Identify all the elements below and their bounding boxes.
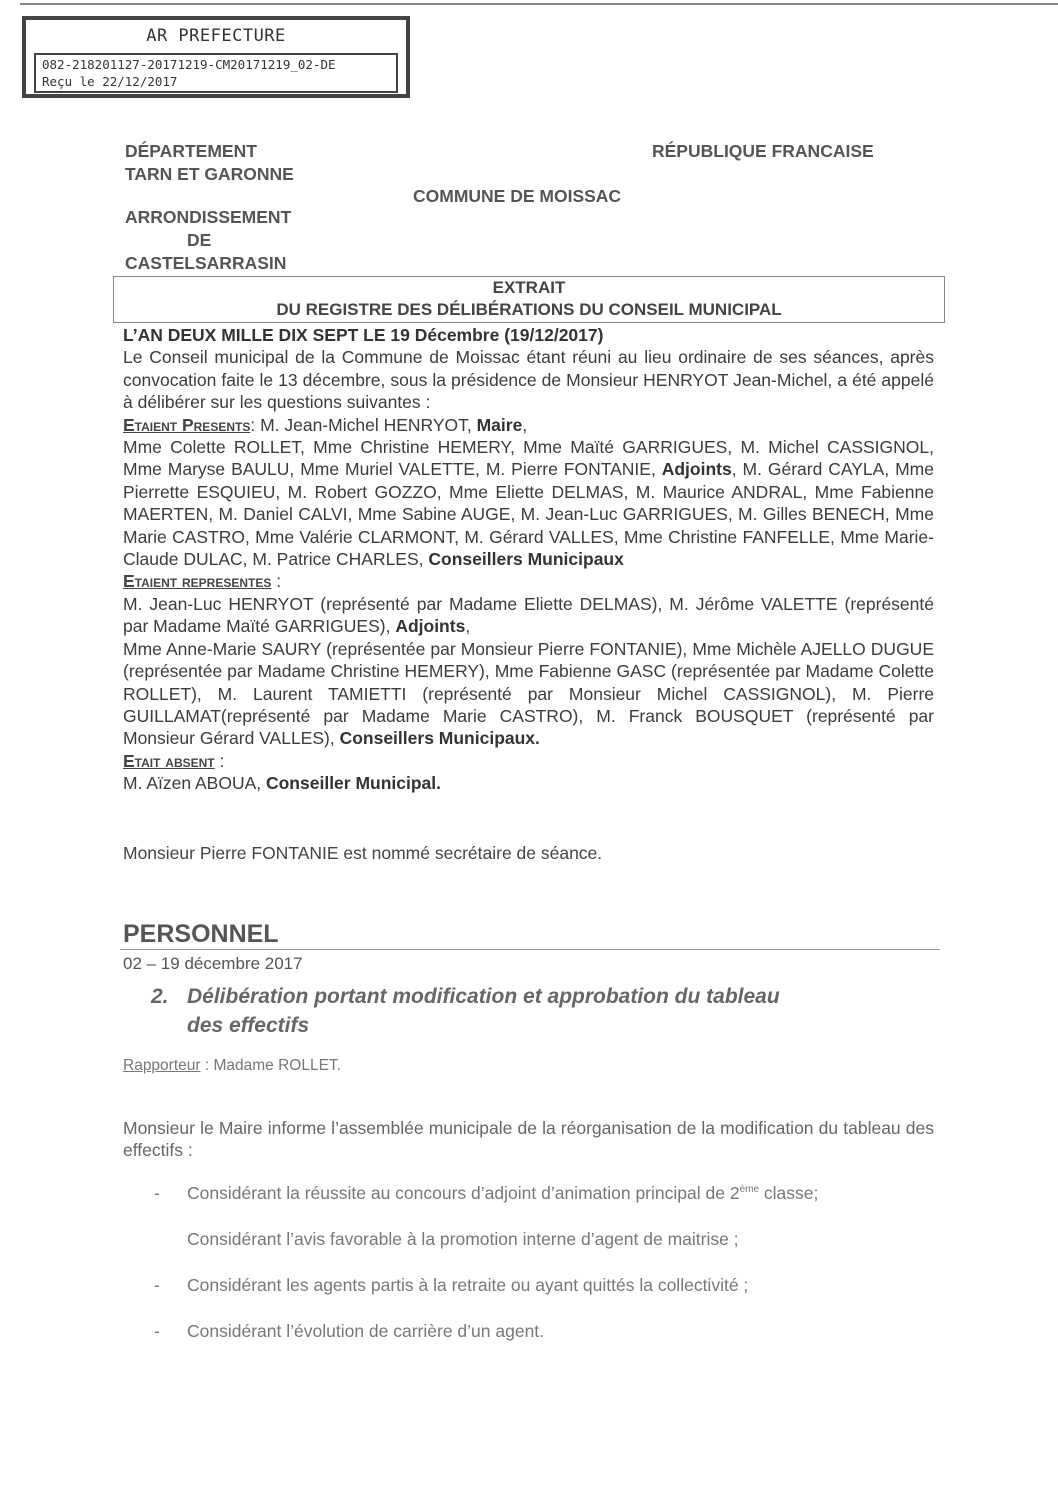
- representes-label: Etaient representes: [123, 571, 271, 591]
- arrondissement-block: ARRONDISSEMENT DE CASTELSARRASIN: [125, 206, 291, 275]
- absent-entry: M. Aïzen ABOUA, Conseiller Municipal.: [123, 772, 934, 794]
- absent-name: M. Aïzen ABOUA,: [123, 773, 266, 793]
- departement-block: DÉPARTEMENT TARN ET GARONNE: [125, 140, 294, 186]
- deliberation-title-line2: des effectifs: [151, 1011, 934, 1040]
- secretary-statement: Monsieur Pierre FONTANIE est nommé secré…: [123, 843, 602, 864]
- mayor-name: M. Jean-Michel HENRYOT,: [260, 415, 477, 435]
- conseillers-title: Conseillers Municipaux: [428, 549, 623, 569]
- departement-name: TARN ET GARONNE: [125, 163, 294, 186]
- presents-paragraph: Etaient Presents: M. Jean-Michel HENRYOT…: [123, 414, 934, 436]
- session-intro: Le Conseil municipal de la Commune de Mo…: [123, 346, 934, 413]
- absent-label: Etait absent: [123, 751, 215, 771]
- deliberation-title-line1: Délibération portant modification et app…: [187, 985, 780, 1008]
- representes-paragraph: Etaient representes :: [123, 570, 934, 592]
- list-item: -Considérant la réussite au concours d’a…: [123, 1183, 818, 1204]
- departement-label: DÉPARTEMENT: [125, 140, 294, 163]
- representes-conseillers: Mme Anne-Marie SAURY (représentée par Mo…: [123, 638, 934, 750]
- bullet-dash: -: [123, 1183, 187, 1204]
- bullet-dash: -: [123, 1321, 187, 1342]
- deliberation-number: 2.: [151, 982, 187, 1011]
- commune-heading: COMMUNE DE MOISSAC: [413, 185, 621, 208]
- representes-adjoints-title: Adjoints: [395, 616, 465, 636]
- scan-top-edge: [20, 3, 1058, 5]
- representes-adjoints: M. Jean-Luc HENRYOT (représenté par Mada…: [123, 593, 934, 638]
- stamp-reference: 082-218201127-20171219-CM20171219_02-DE: [42, 56, 390, 73]
- content-intro: Monsieur le Maire informe l’assemblée mu…: [123, 1117, 934, 1162]
- section-date: 02 – 19 décembre 2017: [123, 954, 303, 974]
- list-item: -Considérant les agents partis à la retr…: [123, 1275, 748, 1296]
- section-title: PERSONNEL: [123, 920, 279, 949]
- session-body: L’AN DEUX MILLE DIX SEPT LE 19 Décembre …: [123, 324, 934, 795]
- absent-title: Conseiller Municipal.: [266, 773, 441, 793]
- representes-conseillers-title: Conseillers Municipaux.: [340, 728, 540, 748]
- list-item: -Considérant l’évolution de carrière d’u…: [123, 1321, 544, 1342]
- stamp-details: 082-218201127-20171219-CM20171219_02-DE …: [34, 53, 398, 93]
- republique-heading: RÉPUBLIQUE FRANCAISE: [652, 140, 874, 163]
- arrondissement-name: CASTELSARRASIN: [125, 252, 291, 275]
- rapporteur-label: Rapporteur: [123, 1057, 201, 1074]
- absent-paragraph: Etait absent :: [123, 750, 934, 772]
- representes-adjoints-list: M. Jean-Luc HENRYOT (représenté par Mada…: [123, 594, 934, 636]
- deliberation-title: 2.Délibération portant modification et a…: [151, 982, 934, 1040]
- stamp-title: AR PREFECTURE: [26, 26, 406, 46]
- adjoints-title: Adjoints: [662, 459, 732, 479]
- rapporteur-name: : Madame ROLLET.: [201, 1057, 341, 1074]
- bullet-dash: -: [123, 1275, 187, 1296]
- extrait-subtitle: DU REGISTRE DES DÉLIBÉRATIONS DU CONSEIL…: [114, 299, 944, 321]
- stamp-received-date: Reçu le 22/12/2017: [42, 73, 390, 90]
- presents-label: Etaient Presents: [123, 415, 250, 435]
- session-date: L’AN DEUX MILLE DIX SEPT LE 19 Décembre …: [123, 324, 934, 346]
- arrondissement-label: ARRONDISSEMENT: [125, 206, 291, 229]
- rapporteur-line: Rapporteur : Madame ROLLET.: [123, 1057, 341, 1075]
- presents-adjoints: Mme Colette ROLLET, Mme Christine HEMERY…: [123, 436, 934, 570]
- arrondissement-de: DE: [125, 229, 291, 252]
- section-divider: [120, 949, 940, 950]
- mayor-title: Maire: [477, 415, 523, 435]
- extrait-title: EXTRAIT: [114, 277, 944, 299]
- list-item: Considérant l’avis favorable à la promot…: [123, 1229, 739, 1250]
- extrait-box: EXTRAIT DU REGISTRE DES DÉLIBÉRATIONS DU…: [113, 276, 945, 323]
- prefecture-stamp: AR PREFECTURE 082-218201127-20171219-CM2…: [22, 16, 410, 98]
